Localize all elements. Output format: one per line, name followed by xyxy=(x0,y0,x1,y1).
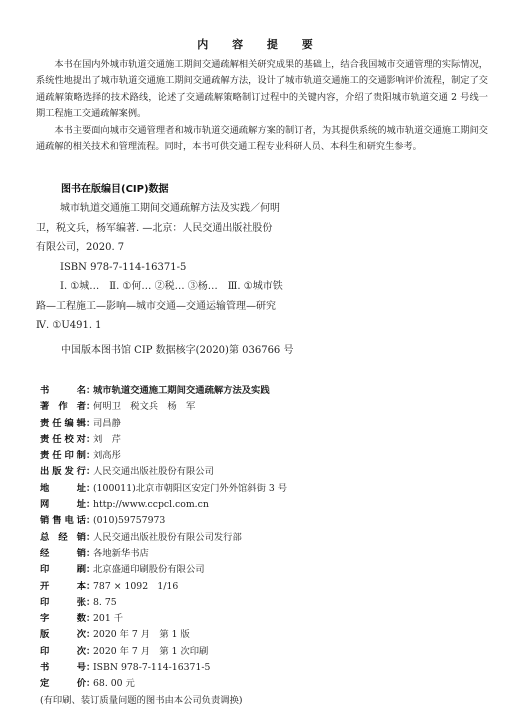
info-colon: ： xyxy=(86,432,93,448)
info-label: 销售电话 xyxy=(40,513,86,529)
info-colon: ： xyxy=(86,676,93,692)
info-label-char: 地 xyxy=(40,481,49,497)
info-label: 责任校对 xyxy=(40,432,86,448)
info-label-char: 张 xyxy=(77,595,86,611)
cip-isbn: ISBN 978-7-114-16371-5 xyxy=(36,258,326,278)
info-label-char: 辑 xyxy=(77,416,86,432)
info-row: 定价：68. 00 元 xyxy=(40,676,287,692)
copyright-page: 内 容 提 要 本书在国内外城市轨道交通施工期间交通疏解相关研究成果的基础上，结… xyxy=(0,0,520,706)
info-colon: ： xyxy=(86,399,93,415)
info-colon: ： xyxy=(86,644,93,660)
info-label-char: 销 xyxy=(77,530,86,546)
info-label-char: 次 xyxy=(77,644,86,660)
info-label-char: 开 xyxy=(40,579,49,595)
info-row: 著作者：何明卫 税文兵 杨 军 xyxy=(40,399,287,415)
info-label-char: 者 xyxy=(77,399,86,415)
info-label-char: 经 xyxy=(40,546,49,562)
info-label-char: 定 xyxy=(40,676,49,692)
info-label: 责任编辑 xyxy=(40,416,86,432)
info-row: 经销：各地新华书店 xyxy=(40,546,287,562)
info-label: 字数 xyxy=(40,611,86,627)
info-label-char: 次 xyxy=(77,627,86,643)
info-row: 网址：http://www.ccpcl.com.cn xyxy=(40,497,287,513)
info-colon: ： xyxy=(86,627,93,643)
info-value: 2020 年 7 月 第 1 次印刷 xyxy=(93,644,208,660)
info-row: 书号：ISBN 978-7-114-16371-5 xyxy=(40,660,287,676)
info-label: 印次 xyxy=(40,644,86,660)
info-label-char: 售 xyxy=(52,513,61,529)
cip-classification: Ⅳ. ①U491. 1 xyxy=(36,316,326,336)
info-label-char: 行 xyxy=(77,464,86,480)
publication-info: 书名：城市轨道交通施工期间交通疏解方法及实践著作者：何明卫 税文兵 杨 军责任编… xyxy=(40,383,287,706)
info-label-char: 编 xyxy=(64,416,73,432)
info-label-char: 著 xyxy=(40,399,49,415)
info-label: 网址 xyxy=(40,497,86,513)
cip-heading: 图书在版编目(CIP)数据 xyxy=(61,180,169,195)
info-value: http://www.ccpcl.com.cn xyxy=(93,497,209,513)
info-colon: ： xyxy=(86,530,93,546)
info-colon: ： xyxy=(86,448,93,464)
info-label-char: 经 xyxy=(58,530,67,546)
info-value: 8. 75 xyxy=(93,595,117,611)
info-label-char: 书 xyxy=(40,383,49,399)
info-colon: ： xyxy=(86,383,93,399)
info-value: (100011)北京市朝阳区安定门外外馆斜街 3 号 xyxy=(93,481,287,497)
cip-line: 路—工程施工—影响—城市交通—交通运输管理—研究 xyxy=(36,297,326,317)
cip-line: 卫，税文兵，杨军编著. —北京：人民交通出版社股份 xyxy=(36,219,326,239)
info-label-char: 销 xyxy=(77,546,86,562)
info-colon: ： xyxy=(86,464,93,480)
info-label-char: 电 xyxy=(64,513,73,529)
info-label: 定价 xyxy=(40,676,86,692)
info-label-char: 印 xyxy=(40,595,49,611)
info-value: 城市轨道交通施工期间交通疏解方法及实践 xyxy=(93,383,270,399)
info-row: 字数：201 千 xyxy=(40,611,287,627)
info-colon: ： xyxy=(86,416,93,432)
info-label-char: 总 xyxy=(40,530,49,546)
info-row: 书名：城市轨道交通施工期间交通疏解方法及实践 xyxy=(40,383,287,399)
info-label: 出版发行 xyxy=(40,464,86,480)
info-label-char: 印 xyxy=(40,644,49,660)
info-label-char: 址 xyxy=(77,481,86,497)
info-colon: ： xyxy=(86,562,93,578)
info-label-char: 作 xyxy=(58,399,67,415)
summary-abstract: 本书在国内外城市轨道交通施工期间交通疏解相关研究成果的基础上，结合我国城市交通管… xyxy=(36,57,488,155)
info-value: 787 × 1092 1/16 xyxy=(93,579,178,595)
info-label-char: 址 xyxy=(77,497,86,513)
info-label-char: 版 xyxy=(40,627,49,643)
info-value: ISBN 978-7-114-16371-5 xyxy=(93,660,210,676)
info-row: 版次：2020 年 7 月 第 1 版 xyxy=(40,627,287,643)
summary-paragraph-1: 本书在国内外城市轨道交通施工期间交通疏解相关研究成果的基础上，结合我国城市交通管… xyxy=(36,57,488,123)
info-label-char: 数 xyxy=(77,611,86,627)
info-row: 责任校对：刘 芹 xyxy=(40,432,287,448)
info-label-char: 价 xyxy=(77,676,86,692)
info-label-char: 任 xyxy=(52,432,61,448)
info-row: 出版发行：人民交通出版社股份有限公司 xyxy=(40,464,287,480)
info-label-char: 责 xyxy=(40,416,49,432)
info-value: 何明卫 税文兵 杨 军 xyxy=(93,399,195,415)
info-value: 2020 年 7 月 第 1 版 xyxy=(93,627,190,643)
info-label-char: 印 xyxy=(64,448,73,464)
info-label-char: 任 xyxy=(52,416,61,432)
info-row: 地址：(100011)北京市朝阳区安定门外外馆斜街 3 号 xyxy=(40,481,287,497)
info-value: 刘高彤 xyxy=(93,448,121,464)
info-label-char: 对 xyxy=(77,432,86,448)
info-label-char: 字 xyxy=(40,611,49,627)
info-value: 司昌静 xyxy=(93,416,121,432)
info-colon: ： xyxy=(86,513,93,529)
info-colon: ： xyxy=(86,579,93,595)
info-value: (010)59757973 xyxy=(93,513,165,529)
info-value: 人民交通出版社股份有限公司 xyxy=(93,464,214,480)
info-label-char: 网 xyxy=(40,497,49,513)
info-row: 总经销：人民交通出版社股份有限公司发行部 xyxy=(40,530,287,546)
info-label: 版次 xyxy=(40,627,86,643)
cip-line: 有限公司，2020. 7 xyxy=(36,238,326,258)
info-label: 总经销 xyxy=(40,530,86,546)
info-colon: ： xyxy=(86,481,93,497)
info-label-char: 校 xyxy=(64,432,73,448)
info-colon: ： xyxy=(86,660,93,676)
info-colon: ： xyxy=(86,546,93,562)
info-label: 书名 xyxy=(40,383,86,399)
cip-line: Ⅰ. ①城… Ⅱ. ①何… ②税… ③杨… Ⅲ. ①城市铁 xyxy=(36,277,326,297)
info-label-char: 任 xyxy=(52,448,61,464)
info-label-char: 发 xyxy=(64,464,73,480)
quality-note: (有印刷、装订质量问题的图书由本公司负责调换) xyxy=(40,693,287,706)
info-value: 刘 芹 xyxy=(93,432,121,448)
info-label-char: 本 xyxy=(77,579,86,595)
info-row: 开本：787 × 1092 1/16 xyxy=(40,579,287,595)
info-value: 北京盛通印刷股份有限公司 xyxy=(93,562,205,578)
info-label-char: 刷 xyxy=(77,562,86,578)
info-label: 印刷 xyxy=(40,562,86,578)
info-label-char: 书 xyxy=(40,660,49,676)
info-label-char: 名 xyxy=(77,383,86,399)
info-label-char: 号 xyxy=(77,660,86,676)
info-label-char: 责 xyxy=(40,448,49,464)
cip-line: 城市轨道交通施工期间交通疏解方法及实践／何明 xyxy=(36,199,326,219)
info-label: 著作者 xyxy=(40,399,86,415)
info-label: 书号 xyxy=(40,660,86,676)
info-label: 地址 xyxy=(40,481,86,497)
info-colon: ： xyxy=(86,595,93,611)
info-row: 印刷：北京盛通印刷股份有限公司 xyxy=(40,562,287,578)
info-label-char: 版 xyxy=(52,464,61,480)
summary-title: 内 容 提 要 xyxy=(0,36,520,52)
info-label-char: 印 xyxy=(40,562,49,578)
info-label-char: 出 xyxy=(40,464,49,480)
info-colon: ： xyxy=(86,611,93,627)
info-value: 201 千 xyxy=(93,611,123,627)
info-row: 印次：2020 年 7 月 第 1 次印刷 xyxy=(40,644,287,660)
info-label-char: 责 xyxy=(40,432,49,448)
info-label: 责任印制 xyxy=(40,448,86,464)
info-label-char: 话 xyxy=(77,513,86,529)
info-row: 印张：8. 75 xyxy=(40,595,287,611)
cip-record: 城市轨道交通施工期间交通疏解方法及实践／何明 卫，税文兵，杨军编著. —北京：人… xyxy=(36,199,326,336)
info-label-char: 制 xyxy=(77,448,86,464)
cip-verification-number: 中国版本图书馆 CIP 数据核字(2020)第 036766 号 xyxy=(61,341,293,356)
info-value: 人民交通出版社股份有限公司发行部 xyxy=(93,530,242,546)
info-label-char: 销 xyxy=(40,513,49,529)
info-value: 68. 00 元 xyxy=(93,676,135,692)
info-row: 责任编辑：司昌静 xyxy=(40,416,287,432)
info-row: 销售电话：(010)59757973 xyxy=(40,513,287,529)
info-label: 印张 xyxy=(40,595,86,611)
info-value: 各地新华书店 xyxy=(93,546,149,562)
info-colon: ： xyxy=(86,497,93,513)
info-label: 经销 xyxy=(40,546,86,562)
info-row: 责任印制：刘高彤 xyxy=(40,448,287,464)
info-label: 开本 xyxy=(40,579,86,595)
summary-paragraph-2: 本书主要面向城市交通管理者和城市轨道交通疏解方案的制订者，为其提供系统的城市轨道… xyxy=(36,123,488,156)
